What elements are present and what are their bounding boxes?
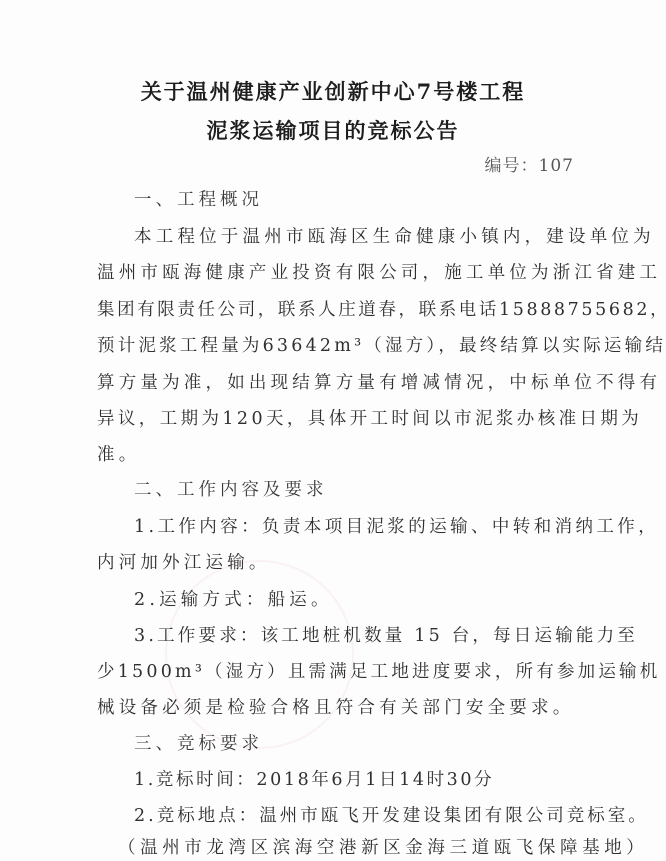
document-title-line-2: 泥浆运输项目的竞标公告 [0, 115, 666, 145]
paragraph-line: 预计泥浆工程量为63642m³（湿方），最终结算以实际运输结 [97, 334, 575, 358]
paragraph-line: 异议，工期为120天，具体开工时间以市泥浆办核准日期为 [97, 407, 575, 431]
section-heading-bidding-requirements: 三、竞标要求 [134, 732, 612, 756]
document-page: 关于温州健康产业创新中心7号楼工程 泥浆运输项目的竞标公告 编号：107 一、工… [0, 0, 666, 861]
paragraph-line: 2.运输方式：船运。 [134, 588, 575, 612]
paragraph-line: 温州市瓯海健康产业投资有限公司，施工单位为浙江省建工 [97, 261, 575, 285]
paragraph-line: 算方量为准，如出现结算方量有增减情况，中标单位不得有 [97, 371, 575, 395]
document-title-line-1: 关于温州健康产业创新中心7号楼工程 [0, 76, 666, 106]
paragraph-line: 3.工作要求：该工地桩机数量 15 台，每日运输能力至 [134, 624, 575, 648]
paragraph-line: 准。 [97, 443, 575, 467]
paragraph-line: 1.工作内容：负责本项目泥浆的运输、中转和消纳工作， [134, 515, 575, 539]
paragraph-line: 械设备必须是检验合格且符合有关部门安全要求。 [97, 696, 575, 720]
paragraph-line: 2.竞标地点：温州市瓯飞开发建设集团有限公司竞标室。 [134, 804, 604, 828]
document-number: 编号：107 [485, 151, 574, 176]
paragraph-line: 少1500m³（湿方）且需满足工地进度要求，所有参加运输机 [97, 660, 575, 684]
paragraph-line: 集团有限责任公司，联系人庄道春，联系电话15888755682， [97, 298, 575, 322]
paragraph-line: 1.竞标时间：2018年6月1日14时30分 [134, 768, 575, 792]
section-heading-overview: 一、工程概况 [134, 188, 612, 212]
paragraph-line: （温州市龙湾区滨海空港新区金海三道瓯飞保障基地） [118, 836, 588, 860]
paragraph-line: 内河加外江运输。 [97, 551, 575, 575]
paragraph-line: 本工程位于温州市瓯海区生命健康小镇内，建设单位为 [134, 225, 575, 249]
section-heading-work-content: 二、工作内容及要求 [134, 478, 612, 502]
